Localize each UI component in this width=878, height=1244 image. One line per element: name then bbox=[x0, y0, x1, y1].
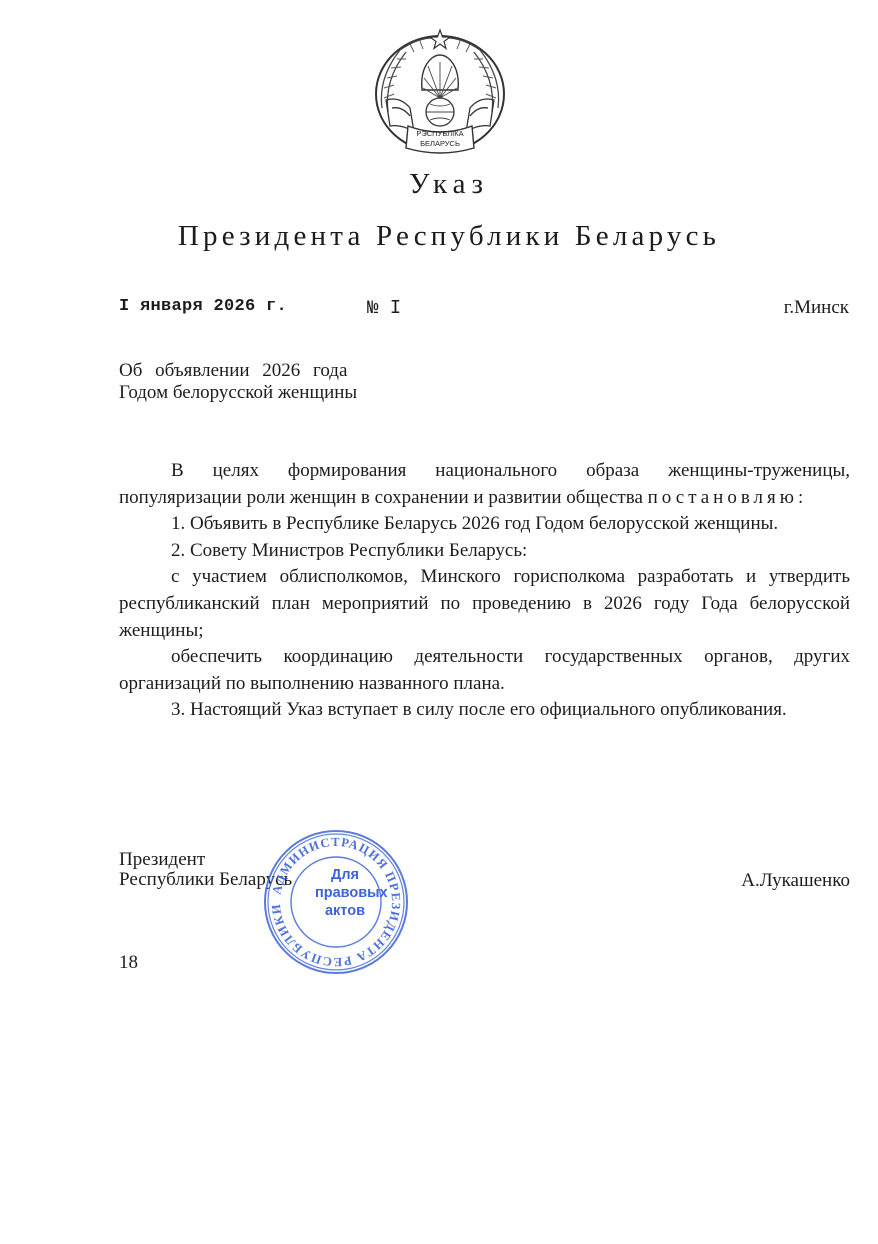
document-body: В целях формирования национального образ… bbox=[119, 458, 850, 724]
subject-line-2: Годом белорусской женщины bbox=[119, 382, 357, 404]
document-city: г.Минск bbox=[784, 297, 849, 319]
svg-text:РЭСПУБЛІКА: РЭСПУБЛІКА bbox=[416, 129, 463, 138]
subject-line-1: Об объявлении 2026 года bbox=[119, 360, 357, 382]
stamp-inner-line-2: правовых bbox=[315, 884, 375, 902]
document-number: № I bbox=[367, 297, 401, 319]
stamp-inner-line-3: актов bbox=[315, 902, 375, 920]
document-subject: Об объявлении 2026 года Годом белорусско… bbox=[119, 360, 357, 404]
document-date: I января 2026 г. bbox=[119, 297, 287, 316]
svg-text:БЕЛАРУСЬ: БЕЛАРУСЬ bbox=[420, 139, 460, 148]
document-meta-row: I января 2026 г. № I г.Минск bbox=[119, 297, 849, 323]
paragraph-2: 2. Совету Министров Республики Беларусь: bbox=[119, 538, 850, 565]
stamp-inner-line-1: Для bbox=[315, 866, 375, 884]
stamp-inner-text: Для правовых актов bbox=[315, 866, 375, 920]
paragraph-2-item-b: обеспечить координацию деятельности госу… bbox=[119, 644, 850, 697]
signature-name: А.Лукашенко bbox=[741, 870, 850, 892]
document-subtitle: Президента Республики Беларусь bbox=[0, 220, 878, 253]
preamble-paragraph: В целях формирования национального образ… bbox=[119, 458, 850, 511]
paragraph-2-item-a: с участием облисполкомов, Минского горис… bbox=[119, 564, 850, 644]
paragraph-1: 1. Объявить в Республике Беларусь 2026 г… bbox=[119, 511, 850, 538]
state-emblem: РЭСПУБЛІКА БЕЛАРУСЬ bbox=[370, 28, 510, 156]
page-number: 18 bbox=[119, 952, 138, 974]
decree-word: постановляю: bbox=[648, 487, 808, 508]
belarus-state-emblem-icon: РЭСПУБЛІКА БЕЛАРУСЬ bbox=[370, 28, 510, 156]
paragraph-3: 3. Настоящий Указ вступает в силу после … bbox=[119, 697, 850, 724]
document-title: Указ bbox=[0, 168, 878, 201]
